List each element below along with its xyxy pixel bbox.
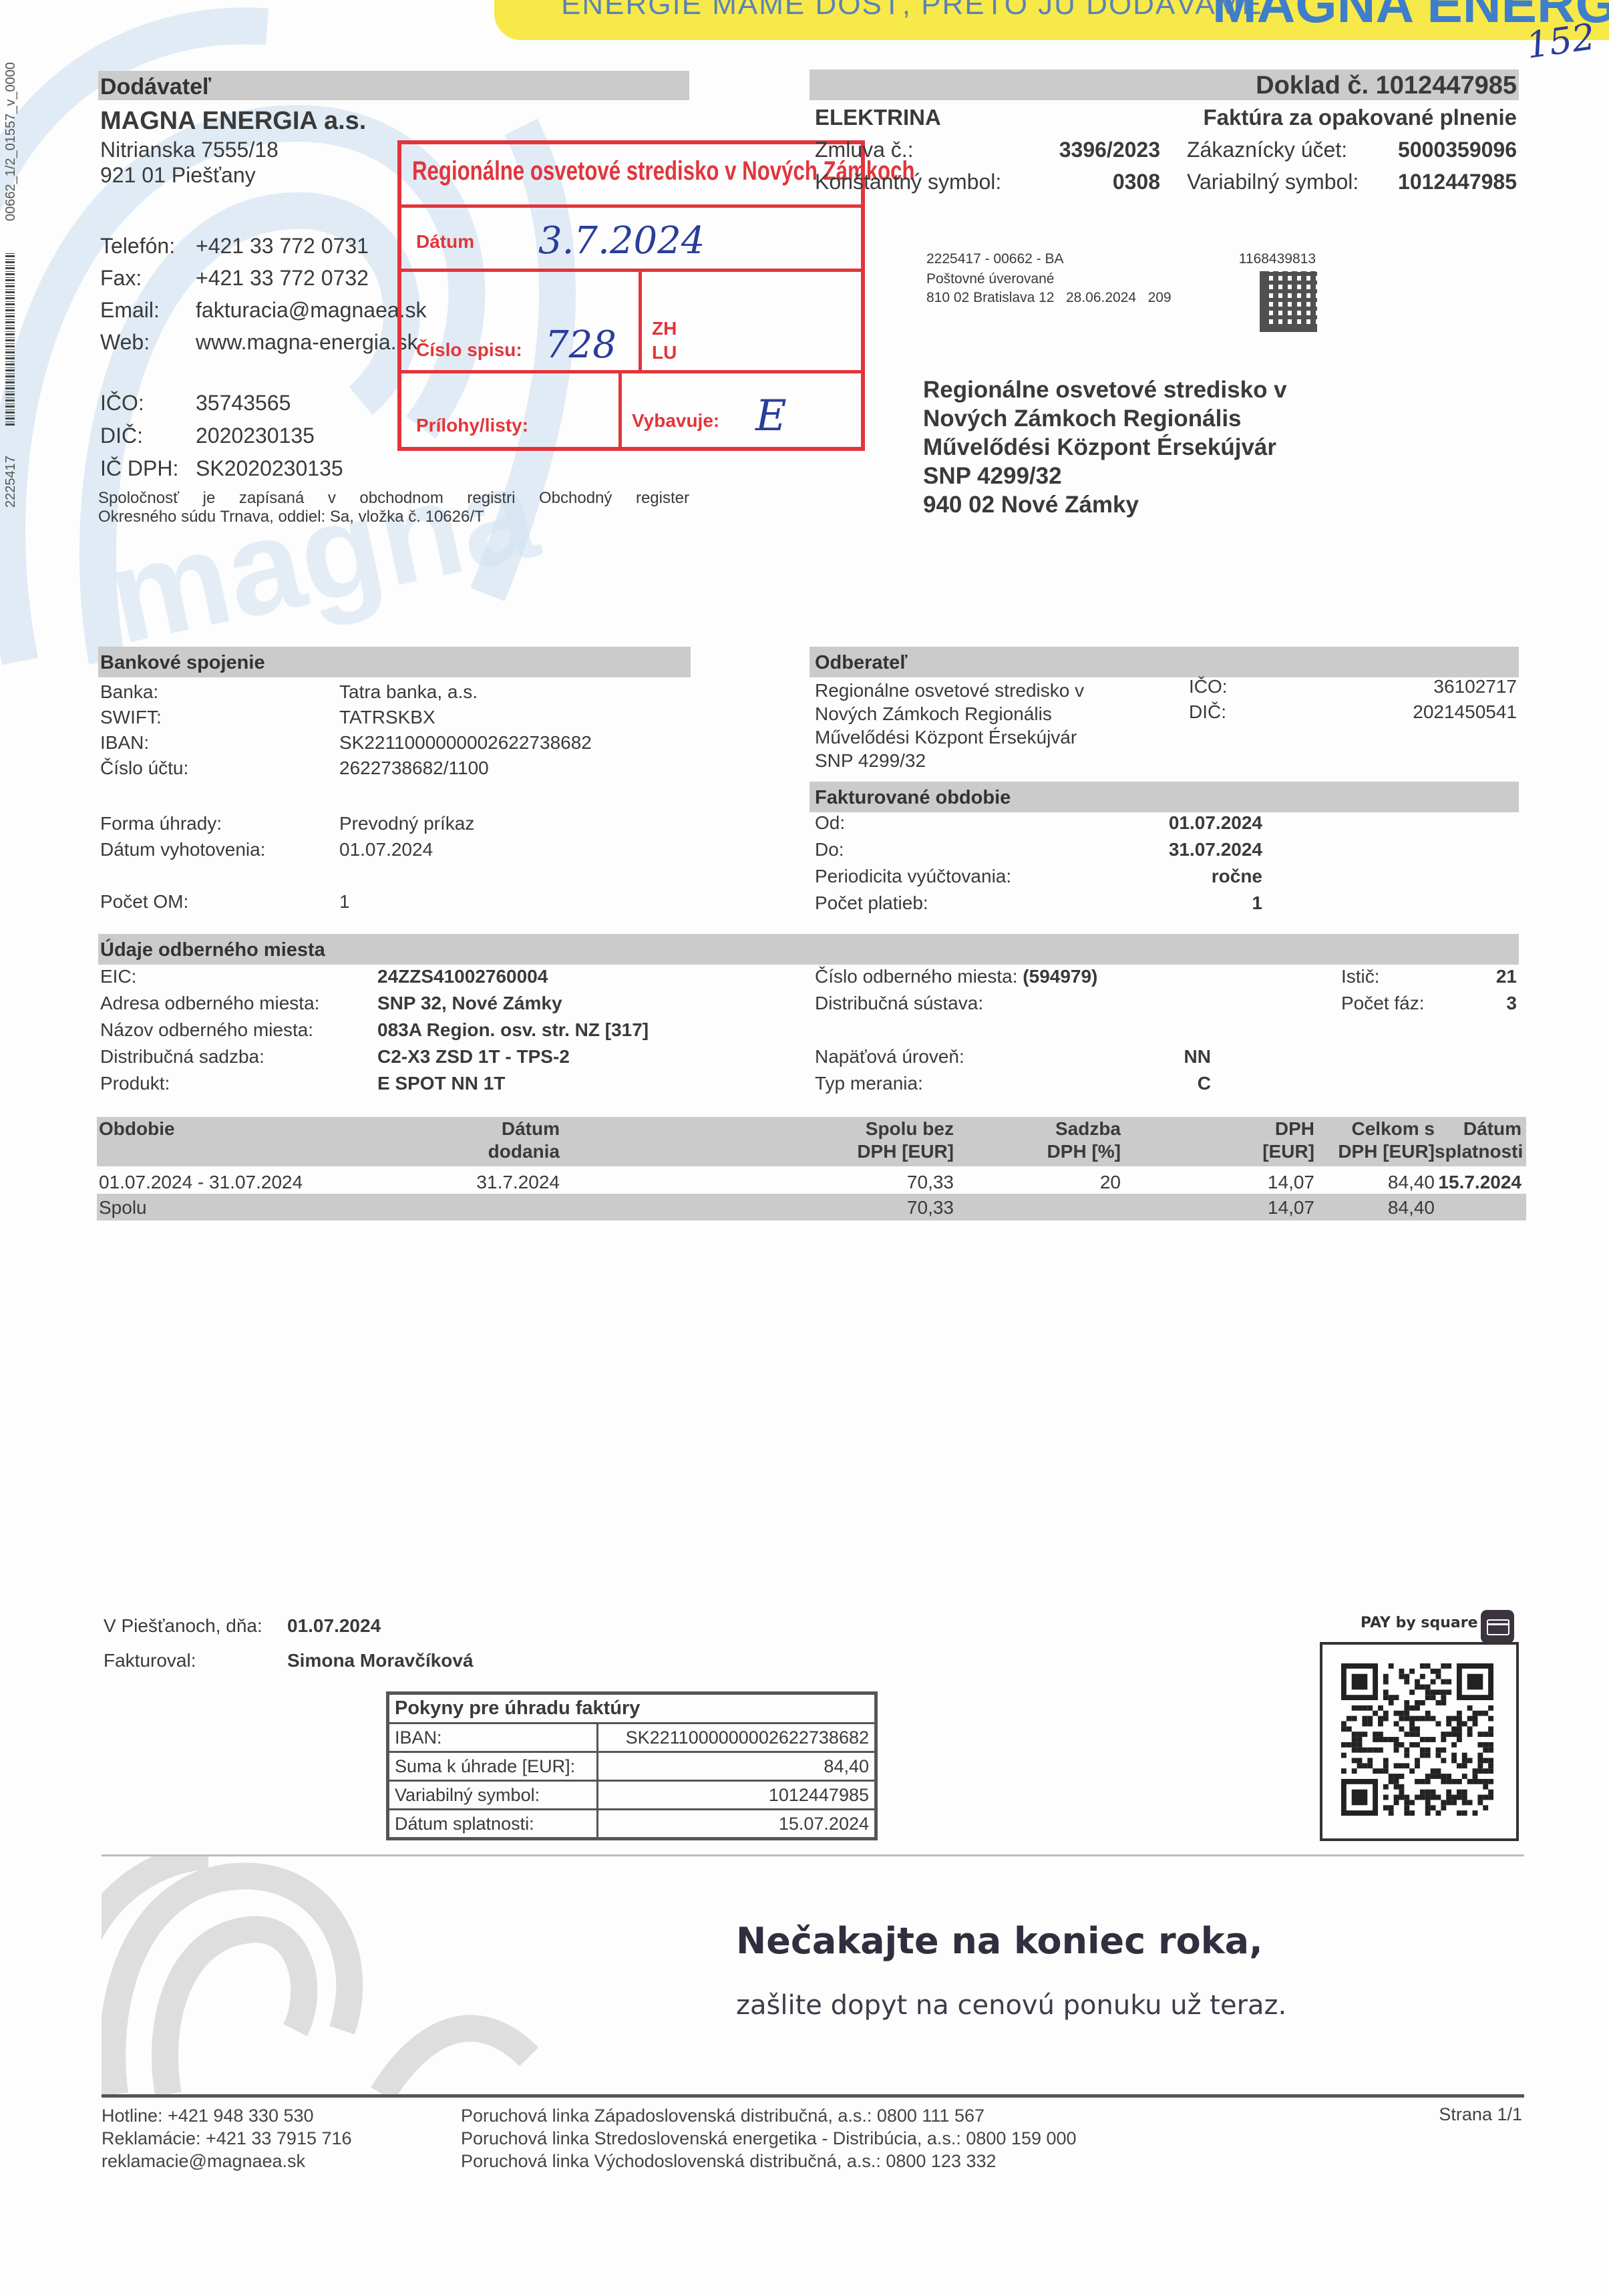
bank-label: Číslo účtu: [100,758,339,779]
contract-label: Zmluva č.: [815,138,914,162]
column-header: Dátum [379,1118,560,1140]
voltage-label: Napäťová úroveň: [815,1046,964,1068]
column-header: DPH [1141,1118,1314,1140]
stamp-file-handwritten: 728 [545,323,616,367]
side-barcode [5,252,15,426]
metering-label: Typ merania: [815,1073,923,1094]
customer-dic-label: DIČ: [1189,701,1226,723]
issue-date-value: 01.07.2024 [339,839,433,860]
recipient-address: Regionálne osvetové stredisko v Nových Z… [923,375,1287,519]
recipient-line: SNP 4299/32 [923,462,1287,490]
table-cell: 01.07.2024 - 31.07.2024 [99,1172,379,1193]
recipient-line: Nových Zámkoch Regionális [923,404,1287,433]
card-icon [1481,1610,1514,1643]
stamp-handler-initials: E [755,391,787,441]
customer-ico-label: IČO: [1189,676,1228,697]
postal-tracking-number: 1168439813 [1239,251,1316,267]
billing-period-title: Fakturované obdobie [815,787,1011,809]
supplier-city: 921 01 Piešťany [100,163,256,188]
voltage-value: NN [1184,1046,1211,1068]
email-link[interactable]: fakturacia@magnaea.sk [196,298,427,322]
variable-symbol-label: Variabilný symbol: [1187,170,1359,194]
period-label: Počet platieb: [815,892,928,913]
table-cell: 20 [960,1172,1121,1193]
footer-contacts: Hotline: +421 948 330 530 Reklamácie: +4… [102,2104,352,2172]
customer-line: SNP 4299/32 [815,749,1084,772]
product-value: E SPOT NN 1T [377,1073,505,1094]
supplier-contacts: Telefón:+421 33 772 0731 Fax:+421 33 772… [100,234,427,362]
supplier-street: Nitrianska 7555/18 [100,138,279,162]
stamp-attachments-label: Prílohy/listy: [416,415,528,436]
complaints-phone: Reklamácie: +421 33 7915 716 [102,2127,352,2150]
cp-label: Adresa odberného miesta: [100,993,377,1014]
advert-subline: zašlite dopyt na cenovú ponuku už teraz. [736,1990,1286,2021]
billing-periodicity-value: ročne [1212,866,1262,887]
column-header: DPH [%] [960,1141,1121,1162]
cp-label: EIC: [100,966,377,987]
footer-fault-lines: Poruchová linka Západoslovenská distribu… [461,2104,1077,2172]
fault-line: Poruchová linka Stredoslovenská energeti… [461,2127,1077,2150]
contact-label: Telefón: [100,234,196,259]
table-cell: 70,33 [773,1172,954,1193]
column-header: DPH [EUR] [773,1141,954,1162]
bank-details: Banka:Tatra banka, a.s. SWIFT:TATRSKBX I… [100,681,592,783]
customer-line: Regionálne osvetové stredisko v [815,679,1084,702]
stamp-code-zh: ZH [652,318,677,339]
pi-iban-value: SK2211000000002622738682 [598,1724,876,1752]
supplier-title: Dodávateľ [100,74,211,100]
contact-label: Fax: [100,266,196,291]
customer-ico-value: 36102717 [1433,676,1517,697]
side-print-top: 00662_1/2_01557_v_0000 [3,62,18,221]
page-number: Strana 1/1 [1439,2104,1522,2125]
recipient-line: Regionálne osvetové stredisko v [923,375,1287,404]
fault-line: Poruchová linka Západoslovenská distribu… [461,2104,1077,2127]
web-link[interactable]: www.magna-energia.sk [196,330,418,354]
pi-label: IBAN: [388,1724,598,1752]
hotline: Hotline: +421 948 330 530 [102,2104,352,2127]
recipient-line: 940 02 Nové Zámky [923,490,1287,519]
handwritten-page-number: 152 [1524,15,1598,67]
advert-banner: Nečakajte na koniec roka, zašlite dopyt … [102,1854,1524,2098]
om-count-label: Počet OM: [100,891,339,913]
period-to-value: 31.07.2024 [1169,839,1262,860]
distribution-system-label: Distribučná sústava: [815,993,983,1014]
total-cell: 70,33 [773,1197,954,1218]
postage-line: 810 02 Bratislava 12 28.06.2024 209 [926,290,1172,306]
stamp-file-label: Číslo spisu: [416,339,522,361]
vat-id-value: SK2020230135 [196,456,343,480]
table-cell: 84,40 [1321,1172,1435,1193]
billing-period-rows: Od:01.07.2024 Do:31.07.2024 Periodicita … [815,812,1262,919]
fax-value: +421 33 772 0732 [196,266,369,290]
phases-value: 3 [1506,993,1517,1014]
consumption-point-rows: EIC:24ZZS41002760004 Adresa odberného mi… [100,966,649,1100]
cp-label: Distribučná sadzba: [100,1046,377,1068]
place-date-label: V Piešťanoch, dňa: [104,1615,262,1637]
registry-note-line1: Spoločnosť je zapísaná v obchodnom regis… [98,489,689,508]
breaker-label: Istič: [1341,966,1380,987]
column-header: [EUR] [1141,1141,1314,1162]
side-print: 2225417 00662_1/2_01557_v_0000 [3,62,19,508]
om-count: Počet OM:1 [100,891,350,913]
document-number: Doklad č. 1012447985 [1256,71,1517,100]
table-cell: 14,07 [1141,1172,1314,1193]
metering-value: C [1198,1073,1211,1094]
pi-amount-value: 84,40 [598,1752,876,1781]
cp-address-value: SNP 32, Nové Zámky [377,993,562,1013]
total-cell: 84,40 [1321,1197,1435,1218]
table-cell: 15.7.2024 [1435,1172,1522,1193]
period-label: Periodicita vyúčtovania: [815,866,1011,886]
id-label: IČO: [100,391,196,416]
consumption-point-title: Údaje odberného miesta [100,939,325,961]
pi-label: Dátum splatnosti: [388,1810,598,1839]
contact-label: Web: [100,330,196,355]
swift-value: TATRSKBX [339,707,435,727]
column-header: DPH [EUR] [1321,1141,1435,1162]
customer-details: Regionálne osvetové stredisko v Nových Z… [815,679,1084,772]
place-date-value: 01.07.2024 [287,1615,381,1637]
pi-vs-value: 1012447985 [598,1781,876,1810]
side-print-bottom: 2225417 [3,456,18,508]
dic-value: 2020230135 [196,424,315,448]
customer-title: Odberateľ [815,652,908,674]
issue-date-label: Dátum vyhotovenia: [100,839,339,860]
period-from-value: 01.07.2024 [1169,812,1262,834]
payments-count-value: 1 [1252,892,1262,914]
pi-label: Suma k úhrade [EUR]: [388,1752,598,1781]
bank-label: IBAN: [100,732,339,754]
ico-value: 35743565 [196,391,291,415]
bank-label: Banka: [100,681,339,703]
phases-label: Počet fáz: [1341,993,1425,1014]
payment-form-value: Prevodný príkaz [339,813,474,834]
column-header: Celkom s [1321,1118,1435,1140]
invoiced-by-label: Fakturoval: [104,1650,196,1671]
registry-note-line2: Okresného súdu Trnava, oddiel: Sa, vložk… [98,508,689,526]
eic-value: 24ZZS41002760004 [377,966,548,987]
total-cell: 14,07 [1141,1197,1314,1218]
column-header: Obdobie [99,1118,379,1140]
registry-note: Spoločnosť je zapísaná v obchodnom regis… [98,489,689,526]
breaker-value: 21 [1496,966,1517,987]
total-cell: Spolu [99,1197,379,1218]
column-header: dodania [379,1141,560,1162]
customer-account-value: 5000359096 [1398,138,1517,162]
cp-label: Názov odberného miesta: [100,1019,377,1041]
contract-value: 3396/2023 [1059,138,1160,162]
period-label: Od: [815,812,845,833]
customer-line: Nových Zámkoch Regionális [815,702,1084,725]
bank-name: Tatra banka, a.s. [339,681,478,702]
fault-line: Poruchová linka Východoslovenská distrib… [461,2150,1077,2172]
stamp-date-handwritten: 3.7.2024 [538,219,705,263]
iban-value: SK2211000000002622738682 [339,732,592,753]
variable-symbol-value: 1012447985 [1398,170,1517,194]
invoiced-by-value: Simona Moravčíková [287,1650,474,1671]
registry-stamp: Regionálne osvetové stredisko v Nových Z… [397,140,865,451]
supplier-ids: IČO:35743565 DIČ:2020230135 IČ DPH:SK202… [100,391,343,489]
distribution-rate-value: C2-X3 ZSD 1T - TPS-2 [377,1046,570,1067]
advert-headline: Nečakajte na koniec roka, [736,1920,1263,1962]
pi-due-date-value: 15.07.2024 [598,1810,876,1839]
stamp-date-label: Dátum [416,231,474,253]
point-number-label: Číslo odberného miesta: [815,966,1018,987]
phone-value: +421 33 772 0731 [196,234,369,258]
point-number-value: (594979) [1023,966,1097,987]
period-label: Do: [815,839,844,860]
constant-symbol-label: Konštantný symbol: [815,170,1001,194]
pi-label: Variabilný symbol: [388,1781,598,1810]
cp-name-value: 083A Region. osv. str. NZ [317] [377,1019,649,1040]
column-header: splatnosti [1435,1141,1522,1162]
advert-swirl [102,1856,569,2094]
om-count-value: 1 [339,891,350,912]
banner-slogan: ENERGIE MÁME DOSŤ, PRETO JU DODÁVAME [561,0,1263,21]
complaints-email[interactable]: reklamacie@magnaea.sk [102,2150,352,2172]
account-number-value: 2622738682/1100 [339,758,489,778]
payment-instructions-title: Pokyny pre úhradu faktúry [388,1693,876,1724]
contact-label: Email: [100,298,196,323]
cp-label: Produkt: [100,1073,377,1094]
customer-header [810,647,1519,677]
qr-code[interactable] [1341,1663,1493,1816]
recipient-line: Művelődési Központ Érsekújvár [923,433,1287,462]
payment-form-label: Forma úhrady: [100,813,339,834]
commodity: ELEKTRINA [815,105,941,130]
postal-code-line: 2225417 - 00662 - BA [926,251,1064,267]
column-header: Spolu bez [773,1118,954,1140]
customer-line: Művelődési Központ Érsekújvár [815,725,1084,749]
column-header: Dátum [1435,1118,1522,1140]
point-number: Číslo odberného miesta: (594979) [815,966,1097,987]
stamp-handler-label: Vybavuje: [632,410,719,432]
invoice-type: Faktúra za opakované plnenie [1204,105,1517,130]
postage-label: Poštovné úverované [926,271,1054,287]
id-label: IČ DPH: [100,456,196,481]
bank-label: SWIFT: [100,707,339,728]
postal-datamatrix [1260,271,1317,332]
payment-info: Forma úhrady:Prevodný príkaz Dátum vyhot… [100,813,474,865]
id-label: DIČ: [100,424,196,448]
supplier-name: MAGNA ENERGIA a.s. [100,107,366,136]
pay-by-square-label: PAY by square [1361,1615,1477,1631]
customer-dic-value: 2021450541 [1413,701,1517,723]
column-header: Sadzba [960,1118,1121,1140]
stamp-code-lu: LU [652,342,677,363]
payment-instructions-table: Pokyny pre úhradu faktúry IBAN:SK2211000… [386,1691,878,1840]
customer-account-label: Zákaznícky účet: [1187,138,1347,162]
bank-title: Bankové spojenie [100,652,265,674]
table-cell: 31.7.2024 [379,1172,560,1193]
constant-symbol-value: 0308 [1113,170,1160,194]
